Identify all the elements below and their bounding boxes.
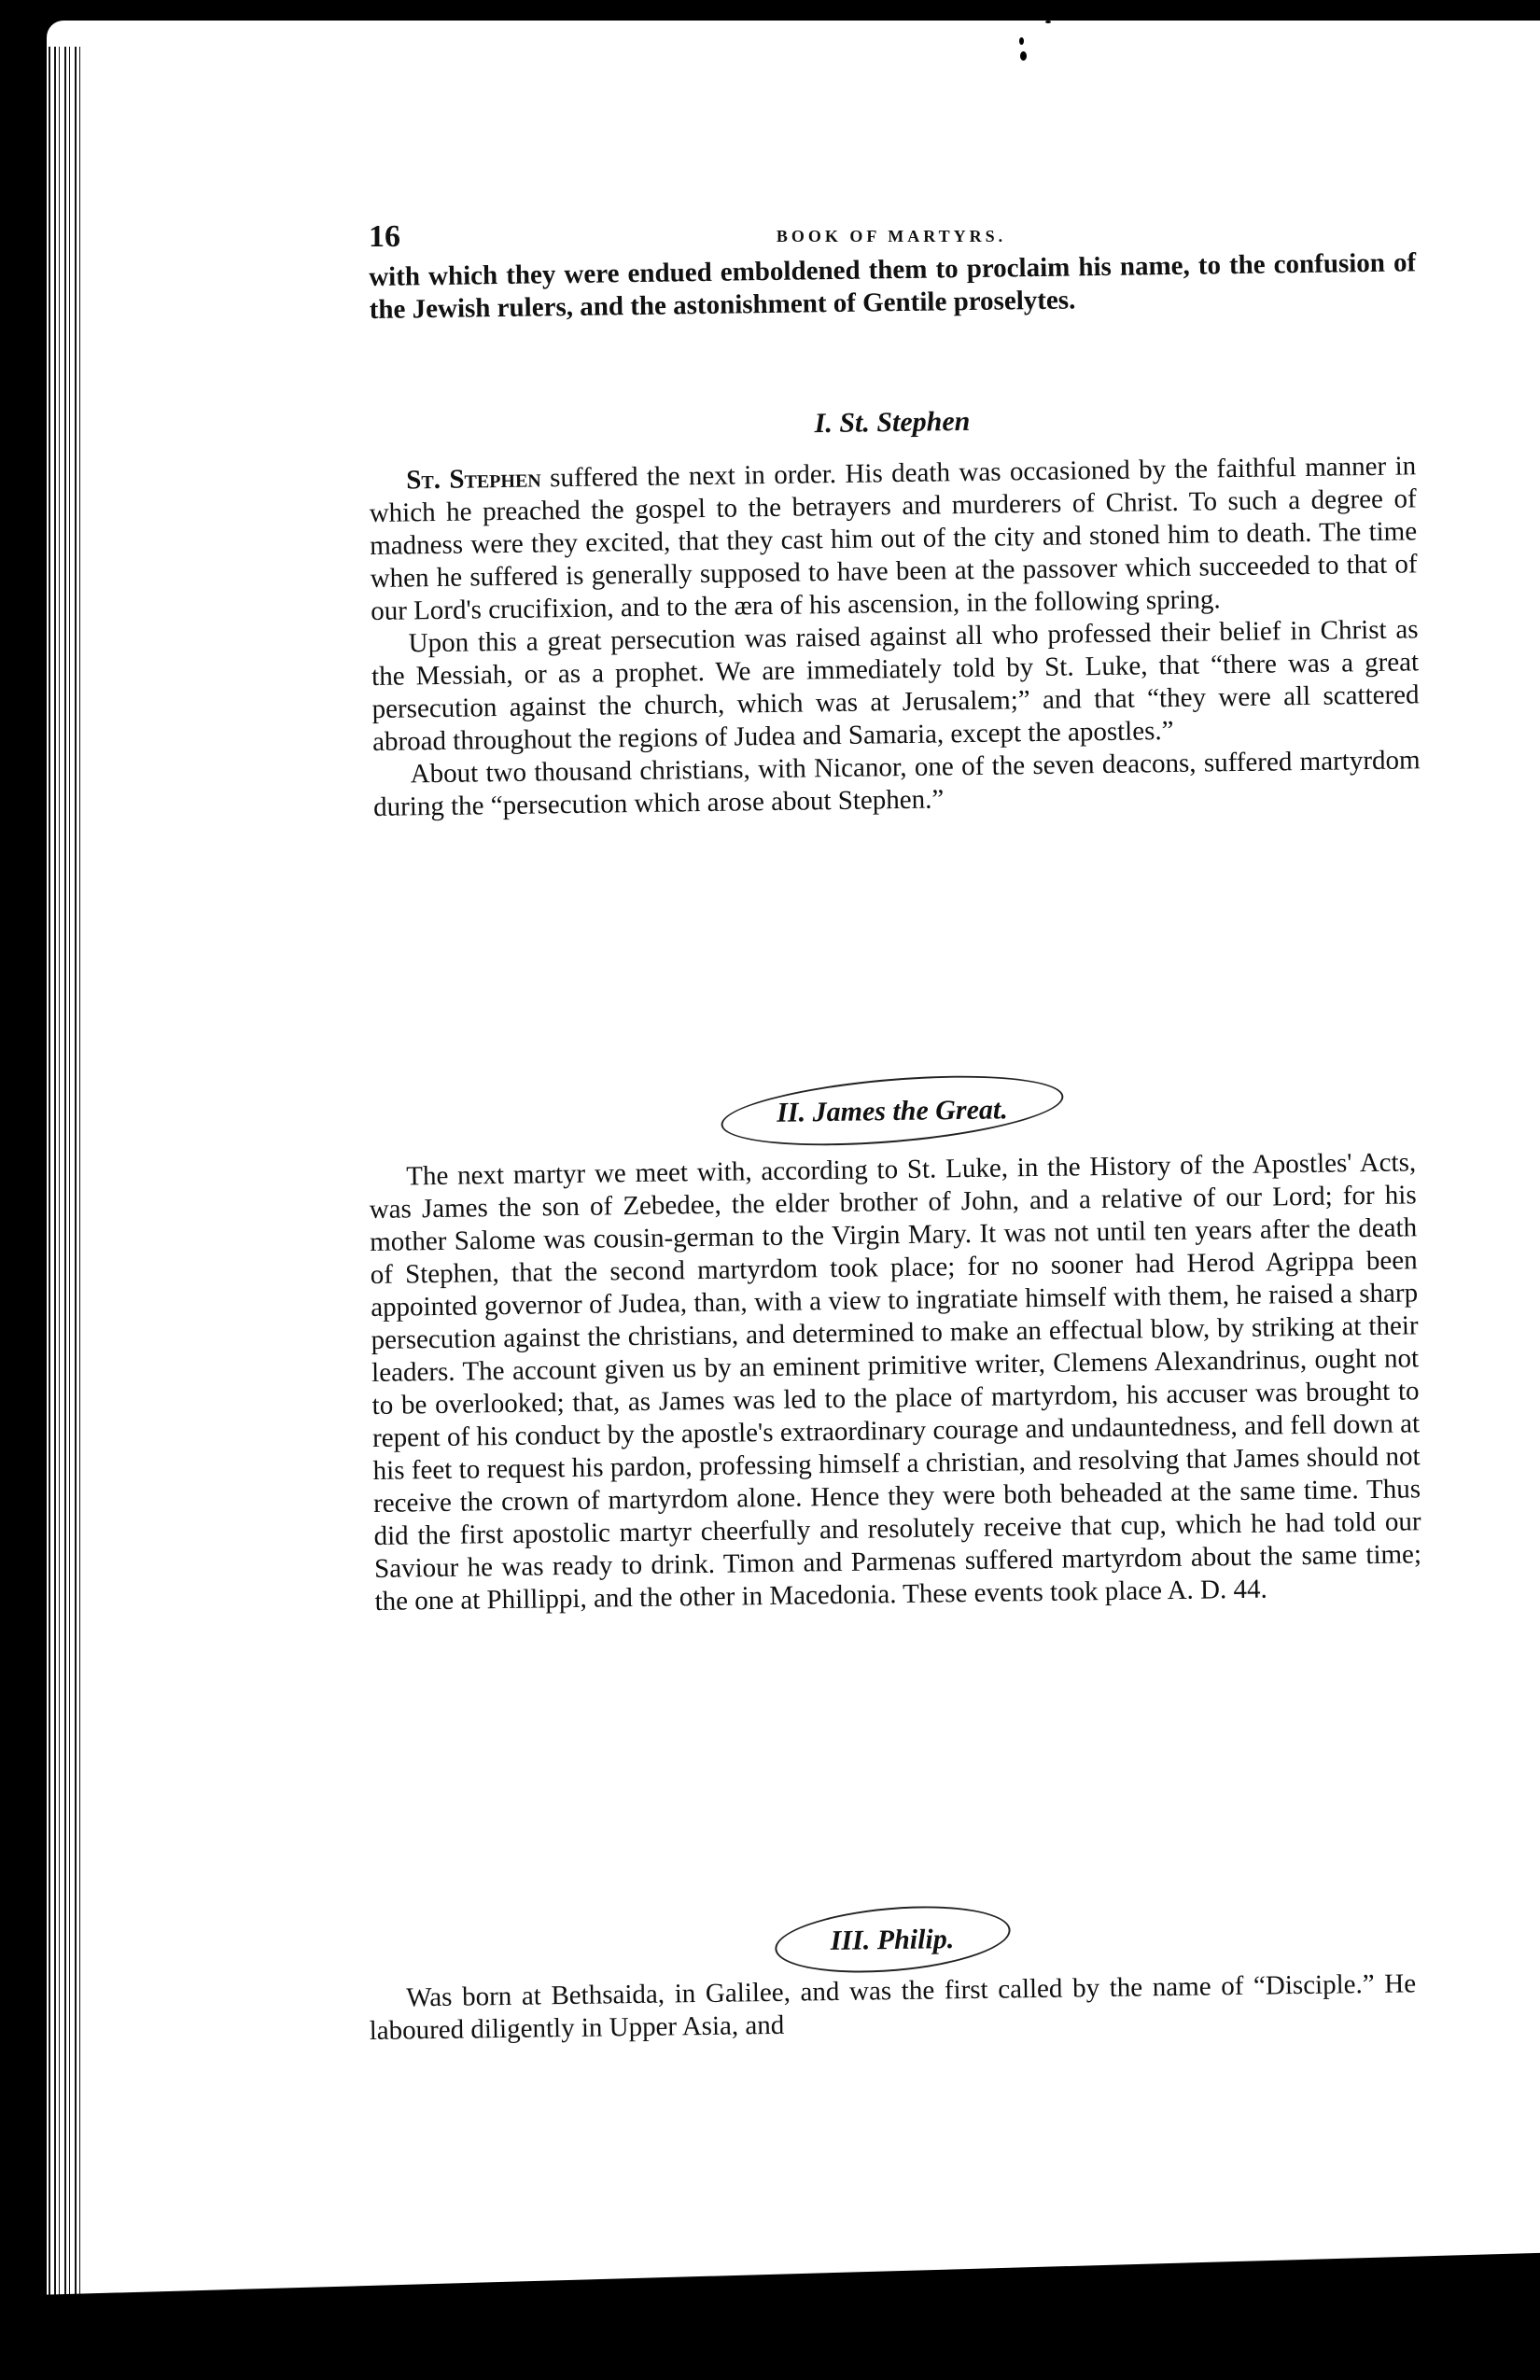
hand-drawn-circle: III. Philip. <box>783 1910 1001 1970</box>
paragraph: St. Stephen suffered the next in order. … <box>369 450 1418 628</box>
heading-text: III. Philip. <box>830 1924 954 1956</box>
page-edge-line <box>79 47 80 2315</box>
page-edge-line <box>69 47 70 2315</box>
page-edge-line <box>49 47 50 2315</box>
ink-speck <box>1020 51 1027 61</box>
lead-name: St. Stephen <box>406 463 541 495</box>
heading-text: I. St. Stephen <box>814 406 970 439</box>
page-edge-line <box>59 47 60 2315</box>
page-edge-line <box>54 47 56 2315</box>
paragraph: The next martyr we meet with, according … <box>369 1146 1422 1618</box>
paragraph: Upon this a great persecution was raised… <box>371 613 1420 759</box>
ink-speck <box>1078 15 1081 20</box>
ink-speck <box>1019 37 1024 45</box>
spine-shadow <box>34 28 45 2315</box>
section-james-the-great: The next martyr we meet with, according … <box>369 1146 1422 1618</box>
ink-speck <box>1045 21 1051 23</box>
heading-text: II. James the Great. <box>777 1094 1008 1127</box>
page-edge-line <box>75 47 77 2315</box>
running-head: BOOK OF MARTYRS. <box>369 227 1414 246</box>
book-binding-edge <box>34 19 101 2315</box>
hand-drawn-circle: II. James the Great. <box>730 1081 1055 1143</box>
section-st-stephen: St. Stephen suffered the next in order. … <box>369 450 1421 824</box>
page-edge-line <box>64 47 66 2315</box>
